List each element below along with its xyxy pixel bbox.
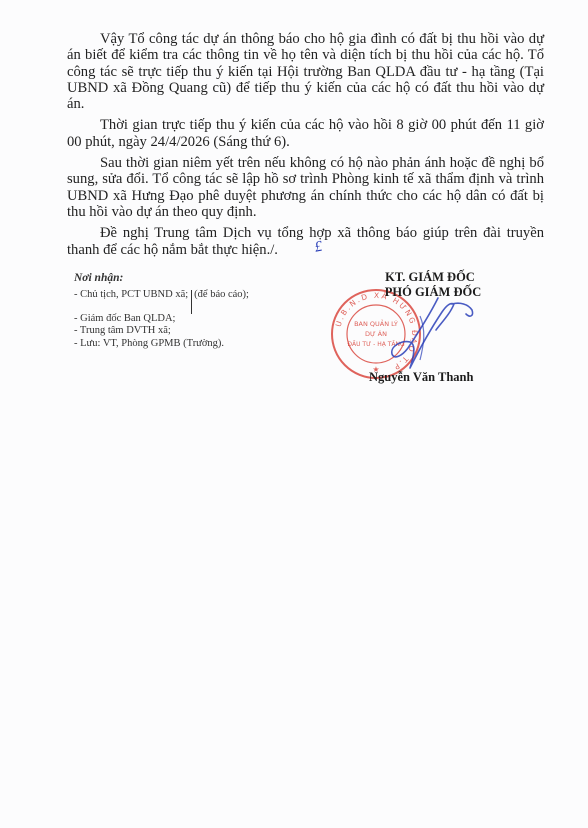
recipient-item: - Lưu: VT, Phòng GPMB (Trường). bbox=[74, 338, 334, 351]
signer-name: Nguyễn Văn Thanh bbox=[369, 370, 473, 385]
document-body: Vậy Tổ công tác dự án thông báo cho hộ g… bbox=[67, 31, 544, 263]
recipient-item: - Chủ tịch, PCT UBND xã;(để báo cáo); bbox=[74, 289, 334, 313]
paragraph-notice: Vậy Tổ công tác dự án thông báo cho hộ g… bbox=[67, 31, 544, 112]
recipient-item: - Trung tâm DVTH xã; bbox=[74, 325, 334, 338]
document-page: Vậy Tổ công tác dự án thông báo cho hộ g… bbox=[0, 0, 588, 828]
handwritten-signature-icon bbox=[380, 290, 480, 380]
paragraph-procedure: Sau thời gian niêm yết trên nếu không có… bbox=[67, 155, 544, 220]
brace-divider bbox=[191, 290, 192, 314]
recipient-item: - Giám đốc Ban QLDA; bbox=[74, 313, 334, 326]
recipients-title: Nơi nhận: bbox=[74, 272, 334, 285]
initial-mark-icon: £ bbox=[281, 238, 324, 261]
signer-role-delegate: KT. GIÁM ĐỐC bbox=[330, 270, 530, 285]
paragraph-schedule: Thời gian trực tiếp thu ý kiến của các h… bbox=[67, 117, 544, 150]
brace-note: (để báo cáo); bbox=[194, 289, 249, 300]
recipients-block: Nơi nhận: - Chủ tịch, PCT UBND xã;(để bá… bbox=[74, 272, 334, 350]
paragraph-request: Đề nghị Trung tâm Dịch vụ tổng hợp xã th… bbox=[67, 225, 544, 258]
